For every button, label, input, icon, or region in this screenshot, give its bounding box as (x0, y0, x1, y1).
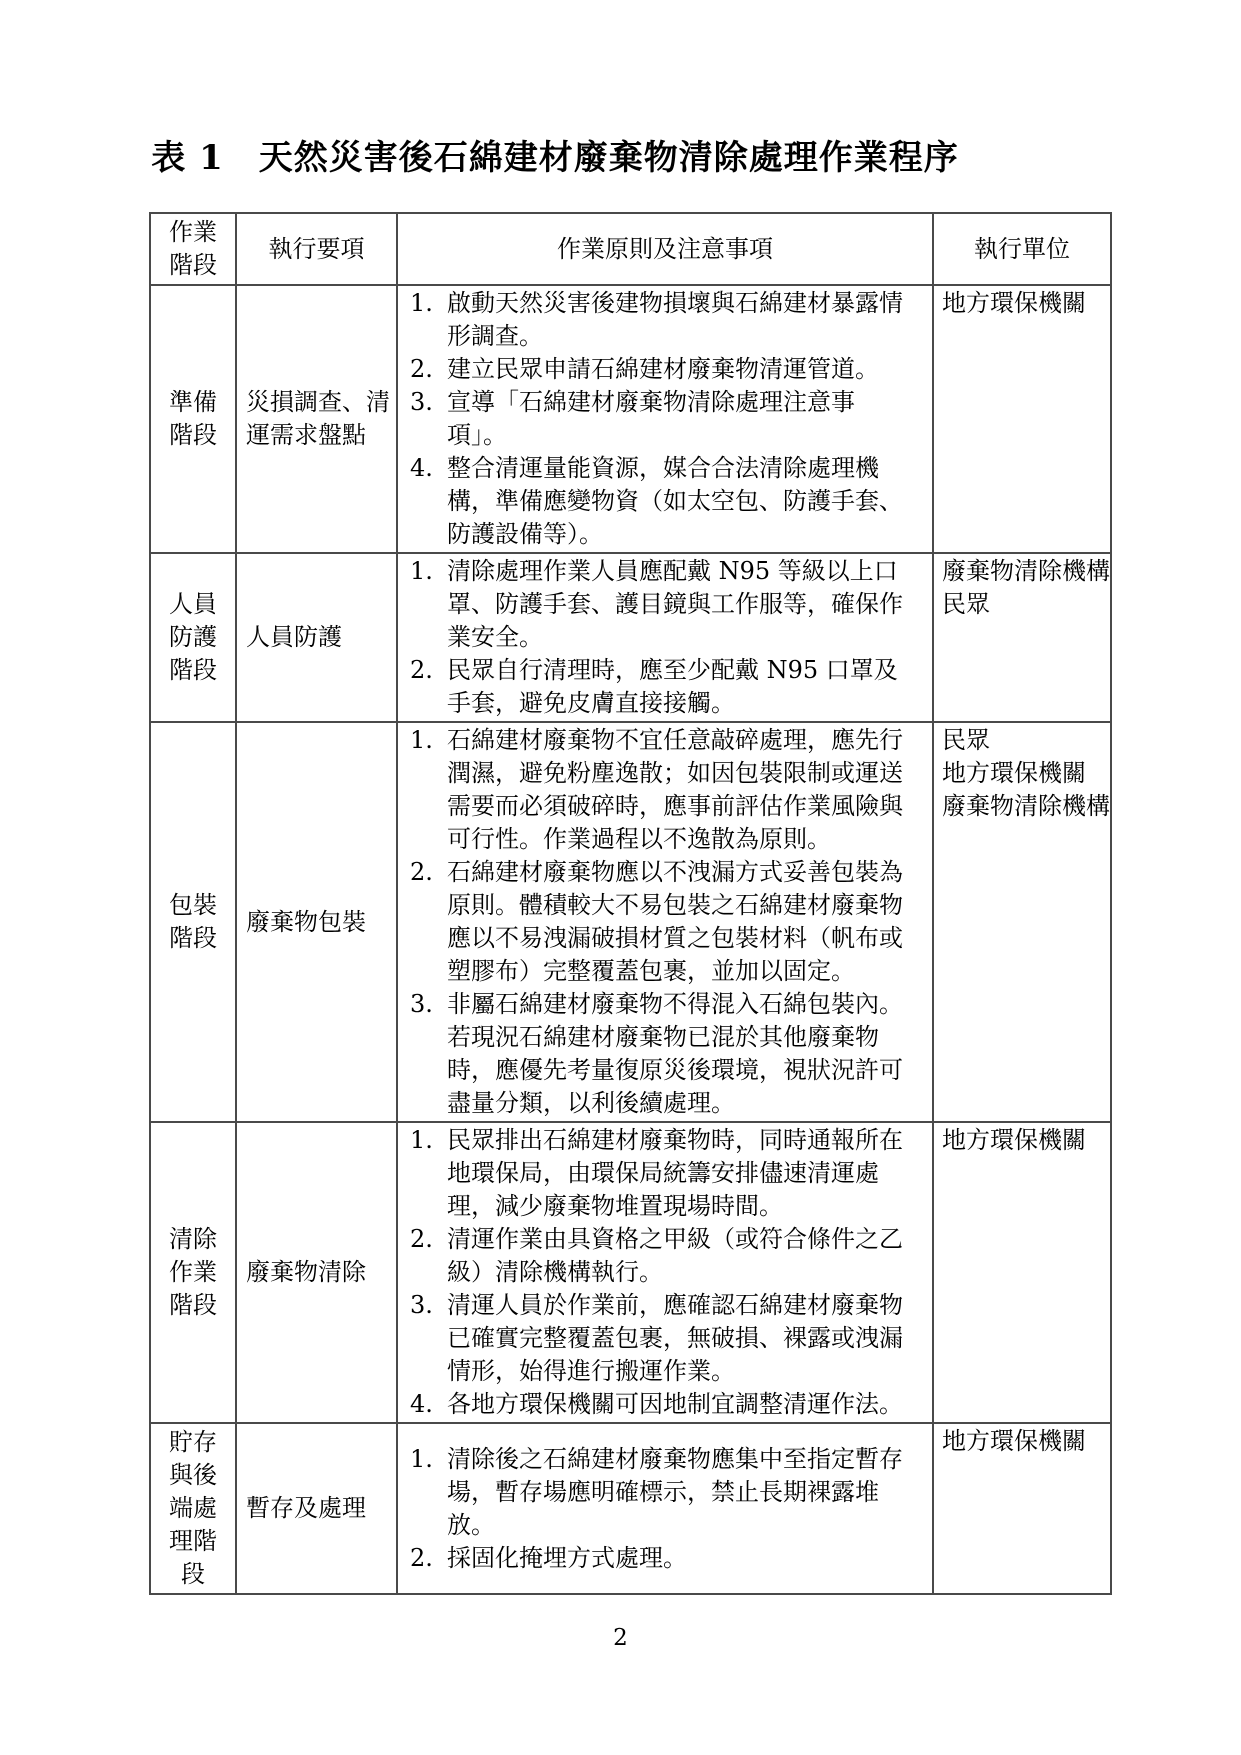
principle-item: 民眾自行清理時，應至少配戴 N95 口罩及手套，避免皮膚直接接觸。 (447, 654, 904, 720)
principle-item: 採固化掩埋方式處理。 (447, 1542, 904, 1575)
procedure-table: 作業階段 執行要項 作業原則及注意事項 執行單位 準備階段 災損調查、清運需求盤… (149, 212, 1112, 1595)
principle-item: 石綿建材廢棄物應以不洩漏方式妥善包裝為原則。體積較大不易包裝之石綿建材廢棄物應以… (447, 856, 904, 988)
principle-item: 清運作業由具資格之甲級（或符合條件之乙級）清除機構執行。 (447, 1223, 904, 1289)
units-cell: 地方環保機關 (933, 285, 1111, 553)
header-row: 作業階段 執行要項 作業原則及注意事項 執行單位 (150, 213, 1111, 285)
principle-item: 宣導「石綿建材廢棄物清除處理注意事項」。 (447, 386, 904, 452)
table-body: 準備階段 災損調查、清運需求盤點 啟動天然災害後建物損壞與石綿建材暴露情形調查。… (150, 285, 1111, 1594)
principles-cell: 民眾排出石綿建材廢棄物時，同時通報所在地環保局，由環保局統籌安排儘速清運處理，減… (397, 1122, 933, 1423)
principles-list: 啟動天然災害後建物損壞與石綿建材暴露情形調查。 建立民眾申請石綿建材廢棄物清運管… (410, 287, 904, 551)
item-cell: 廢棄物清除 (236, 1122, 397, 1423)
principles-list: 民眾排出石綿建材廢棄物時，同時通報所在地環保局，由環保局統籌安排儘速清運處理，減… (410, 1124, 904, 1421)
principle-item: 清除後之石綿建材廢棄物應集中至指定暫存場，暫存場應明確標示，禁止長期裸露堆放。 (447, 1443, 904, 1542)
table-row-storage: 貯存與後端處理階段 暫存及處理 清除後之石綿建材廢棄物應集中至指定暫存場，暫存場… (150, 1423, 1111, 1594)
unit-item: 地方環保機關 (942, 1425, 1110, 1458)
stage-cell: 貯存與後端處理階段 (150, 1423, 236, 1594)
unit-item: 地方環保機關 (942, 757, 1110, 790)
units-cell: 廢棄物清除機構 民眾 (933, 553, 1111, 722)
units-cell: 地方環保機關 (933, 1423, 1111, 1594)
item-cell: 災損調查、清運需求盤點 (236, 285, 397, 553)
table-title: 表 1 天然災害後石綿建材廢棄物清除處理作業程序 (0, 130, 1110, 179)
principles-list: 清除處理作業人員應配戴 N95 等級以上口罩、防護手套、護目鏡與工作服等，確保作… (410, 555, 904, 720)
principle-item: 整合清運量能資源，媒合合法清除處理機構，準備應變物資（如太空包、防護手套、防護設… (447, 452, 904, 551)
col-header-stage: 作業階段 (150, 213, 236, 285)
principles-list: 清除後之石綿建材廢棄物應集中至指定暫存場，暫存場應明確標示，禁止長期裸露堆放。 … (410, 1443, 904, 1575)
unit-item: 地方環保機關 (942, 287, 1110, 320)
page-number: 2 (0, 1625, 1241, 1651)
unit-item: 廢棄物清除機構 (942, 555, 1110, 588)
item-cell: 暫存及處理 (236, 1423, 397, 1594)
principles-list: 石綿建材廢棄物不宜任意敲碎處理，應先行潤濕，避免粉塵逸散；如因包裝限制或運送需要… (410, 724, 904, 1120)
principle-item: 石綿建材廢棄物不宜任意敲碎處理，應先行潤濕，避免粉塵逸散；如因包裝限制或運送需要… (447, 724, 904, 856)
unit-item: 民眾 (942, 724, 1110, 757)
col-header-unit: 執行單位 (933, 213, 1111, 285)
units-cell: 地方環保機關 (933, 1122, 1111, 1423)
stage-cell: 清除作業階段 (150, 1122, 236, 1423)
col-header-principles: 作業原則及注意事項 (397, 213, 933, 285)
principle-item: 啟動天然災害後建物損壞與石綿建材暴露情形調查。 (447, 287, 904, 353)
principle-item: 清運人員於作業前，應確認石綿建材廢棄物已確實完整覆蓋包裹，無破損、裸露或洩漏情形… (447, 1289, 904, 1388)
table-row-removal: 清除作業階段 廢棄物清除 民眾排出石綿建材廢棄物時，同時通報所在地環保局，由環保… (150, 1122, 1111, 1423)
principle-item: 民眾排出石綿建材廢棄物時，同時通報所在地環保局，由環保局統籌安排儘速清運處理，減… (447, 1124, 904, 1223)
unit-item: 廢棄物清除機構 (942, 790, 1110, 823)
table-row-preparation: 準備階段 災損調查、清運需求盤點 啟動天然災害後建物損壞與石綿建材暴露情形調查。… (150, 285, 1111, 553)
principle-item: 清除處理作業人員應配戴 N95 等級以上口罩、防護手套、護目鏡與工作服等，確保作… (447, 555, 904, 654)
principles-cell: 石綿建材廢棄物不宜任意敲碎處理，應先行潤濕，避免粉塵逸散；如因包裝限制或運送需要… (397, 722, 933, 1122)
stage-cell: 人員防護階段 (150, 553, 236, 722)
principles-cell: 清除後之石綿建材廢棄物應集中至指定暫存場，暫存場應明確標示，禁止長期裸露堆放。 … (397, 1423, 933, 1594)
table-row-protection: 人員防護階段 人員防護 清除處理作業人員應配戴 N95 等級以上口罩、防護手套、… (150, 553, 1111, 722)
principles-cell: 啟動天然災害後建物損壞與石綿建材暴露情形調查。 建立民眾申請石綿建材廢棄物清運管… (397, 285, 933, 553)
principle-item: 建立民眾申請石綿建材廢棄物清運管道。 (447, 353, 904, 386)
stage-cell: 包裝階段 (150, 722, 236, 1122)
item-cell: 廢棄物包裝 (236, 722, 397, 1122)
table-header: 作業階段 執行要項 作業原則及注意事項 執行單位 (150, 213, 1111, 285)
principle-item: 各地方環保機關可因地制宜調整清運作法。 (447, 1388, 904, 1421)
units-cell: 民眾 地方環保機關 廢棄物清除機構 (933, 722, 1111, 1122)
unit-item: 地方環保機關 (942, 1124, 1110, 1157)
col-header-item: 執行要項 (236, 213, 397, 285)
table-row-packaging: 包裝階段 廢棄物包裝 石綿建材廢棄物不宜任意敲碎處理，應先行潤濕，避免粉塵逸散；… (150, 722, 1111, 1122)
stage-cell: 準備階段 (150, 285, 236, 553)
item-cell: 人員防護 (236, 553, 397, 722)
principle-item: 非屬石綿建材廢棄物不得混入石綿包裝內。若現況石綿建材廢棄物已混於其他廢棄物時，應… (447, 988, 904, 1120)
principles-cell: 清除處理作業人員應配戴 N95 等級以上口罩、防護手套、護目鏡與工作服等，確保作… (397, 553, 933, 722)
unit-item: 民眾 (942, 588, 1110, 621)
